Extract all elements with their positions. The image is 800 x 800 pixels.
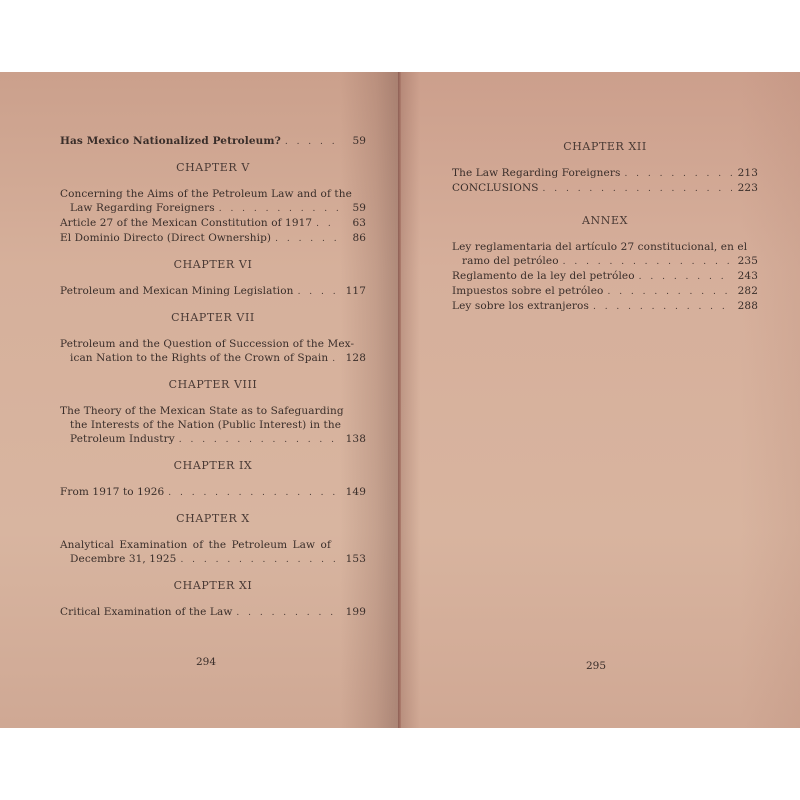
leader-dots [168, 486, 340, 500]
entry-title-line: Analytical Examination of the Petroleum … [60, 538, 366, 552]
entry-title-line: Petroleum and the Question of Succession… [60, 337, 366, 351]
entry-title: El Dominio Directo (Direct Ownership) [60, 231, 271, 245]
toc-entry: Analytical Examination of the Petroleum … [60, 538, 366, 567]
toc-entry: Ley sobre los extranjeros 288 [452, 299, 758, 314]
entry-title-line: Petroleum Industry [70, 432, 175, 446]
leader-dots [180, 553, 340, 567]
toc-entry: El Dominio Directo (Direct Ownership) 86 [60, 231, 366, 246]
entry-page: 288 [736, 299, 758, 313]
leader-dots [332, 352, 340, 366]
chapter-heading: CHAPTER XII [452, 140, 758, 154]
toc-entry: Critical Examination of the Law 199 [60, 605, 366, 620]
toc-entry: From 1917 to 1926 149 [60, 485, 366, 500]
toc-entry: Ley reglamentaria del artículo 27 consti… [452, 240, 758, 269]
entry-page: 223 [736, 181, 758, 195]
entry-title-line: Concerning the Aims of the Petroleum Law… [60, 187, 366, 201]
entry-page: 117 [344, 284, 366, 298]
leader-dots [543, 182, 732, 196]
left-page: Has Mexico Nationalized Petroleum? 59 CH… [0, 72, 400, 728]
book-gutter [398, 72, 401, 728]
leader-dots [298, 285, 340, 299]
entry-page: 59 [344, 201, 366, 215]
entry-page: 235 [736, 254, 758, 268]
toc-entry: CONCLUSIONS 223 [452, 181, 758, 196]
leader-dots [236, 606, 340, 620]
entry-page: 59 [344, 134, 366, 148]
toc-entry: The Theory of the Mexican State as to Sa… [60, 404, 366, 447]
entry-title: CONCLUSIONS [452, 181, 539, 195]
chapter-heading: CHAPTER IX [60, 459, 366, 473]
right-table-of-contents: CHAPTER XII The Law Regarding Foreigners… [452, 140, 758, 314]
leader-dots [624, 167, 732, 181]
chapter-heading: CHAPTER V [60, 161, 366, 175]
entry-title: Petroleum and Mexican Mining Legislation [60, 284, 294, 298]
toc-entry: Reglamento de la ley del petróleo 243 [452, 269, 758, 284]
leader-dots [285, 135, 340, 149]
entry-title-line: The Theory of the Mexican State as to Sa… [60, 404, 366, 418]
entry-page: 199 [344, 605, 366, 619]
entry-title: From 1917 to 1926 [60, 485, 164, 499]
toc-entry: Petroleum and Mexican Mining Legislation… [60, 284, 366, 299]
entry-title-line: ican Nation to the Rights of the Crown o… [70, 351, 328, 365]
leader-dots [219, 202, 340, 216]
entry-title-line: Law Regarding Foreigners [70, 201, 215, 215]
entry-page: 213 [736, 166, 758, 180]
leader-dots [275, 232, 340, 246]
chapter-heading: CHAPTER VII [60, 311, 366, 325]
chapter-heading: CHAPTER VIII [60, 378, 366, 392]
left-table-of-contents: Has Mexico Nationalized Petroleum? 59 CH… [60, 134, 366, 620]
entry-title: Article 27 of the Mexican Constitution o… [60, 216, 312, 230]
entry-title: Ley sobre los extranjeros [452, 299, 589, 313]
entry-page: 149 [344, 485, 366, 499]
entry-page: 282 [736, 284, 758, 298]
leader-dots [607, 285, 732, 299]
leader-dots [639, 270, 732, 284]
entry-title: Reglamento de la ley del petróleo [452, 269, 635, 283]
entry-page: 243 [736, 269, 758, 283]
toc-entry: Impuestos sobre el petróleo 282 [452, 284, 758, 299]
entry-title: Critical Examination of the Law [60, 605, 232, 619]
page-number: 295 [586, 660, 606, 672]
annex-heading: ANNEX [452, 214, 758, 228]
toc-entry: Has Mexico Nationalized Petroleum? 59 [60, 134, 366, 149]
entry-page: 153 [344, 552, 366, 566]
right-page: CHAPTER XII The Law Regarding Foreigners… [400, 72, 800, 728]
leader-dots [593, 300, 732, 314]
toc-entry: The Law Regarding Foreigners 213 [452, 166, 758, 181]
chapter-heading: CHAPTER XI [60, 579, 366, 593]
toc-entry: Article 27 of the Mexican Constitution o… [60, 216, 366, 231]
entry-title: The Law Regarding Foreigners [452, 166, 620, 180]
toc-entry: Concerning the Aims of the Petroleum Law… [60, 187, 366, 216]
entry-page: 63 [344, 216, 366, 230]
entry-title-line: ramo del petróleo [462, 254, 559, 268]
book-spread: Has Mexico Nationalized Petroleum? 59 CH… [0, 72, 800, 728]
entry-page: 86 [344, 231, 366, 245]
chapter-heading: CHAPTER X [60, 512, 366, 526]
entry-title-line: Ley reglamentaria del artículo 27 consti… [452, 240, 758, 254]
entry-title: Impuestos sobre el petróleo [452, 284, 603, 298]
entry-title-line: the Interests of the Nation (Public Inte… [60, 418, 366, 432]
entry-title: Has Mexico Nationalized Petroleum? [60, 134, 281, 148]
entry-page: 138 [344, 432, 366, 446]
leader-dots [316, 217, 340, 231]
entry-page: 128 [344, 351, 366, 365]
entry-title-line: Decembre 31, 1925 [70, 552, 176, 566]
toc-entry: Petroleum and the Question of Succession… [60, 337, 366, 366]
chapter-heading: CHAPTER VI [60, 258, 366, 272]
page-number: 294 [196, 656, 216, 668]
leader-dots [563, 255, 732, 269]
leader-dots [179, 433, 340, 447]
